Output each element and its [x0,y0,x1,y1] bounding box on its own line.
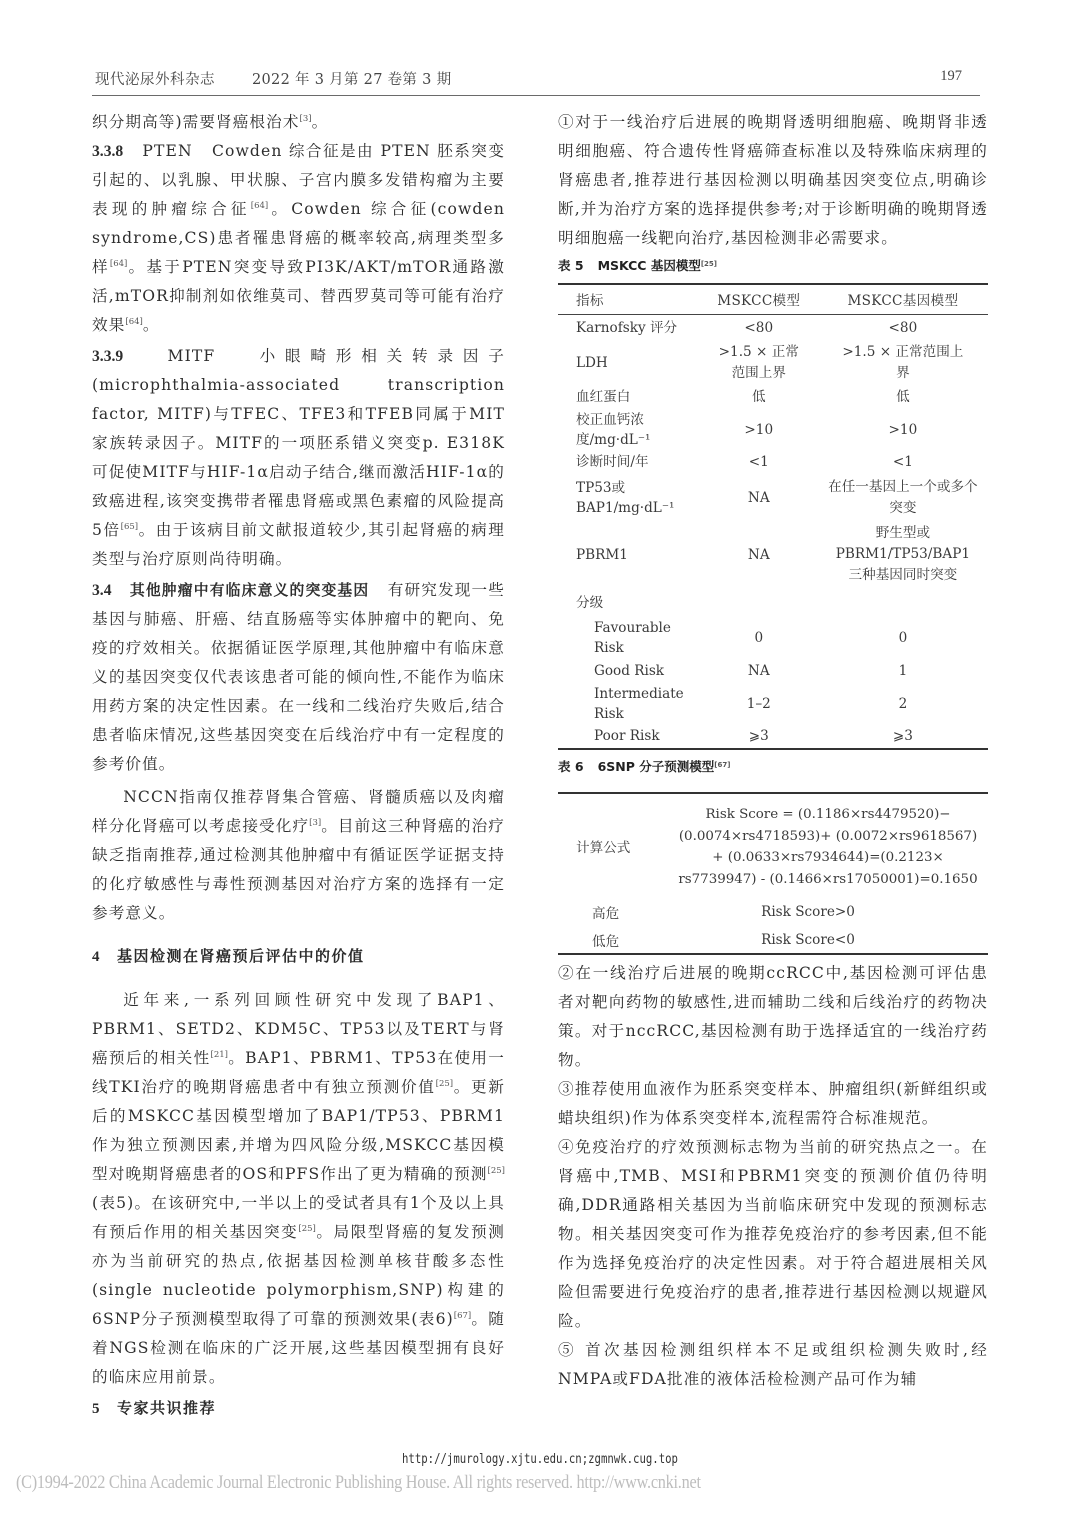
table-5-mskcc: 指标 MSKCC模型 MSKCC基因模型 Karnofsky 评分<80<80 … [558,283,988,750]
formula-label: 计算公式 [558,793,668,898]
recommendation-2: ②在一线治疗后进展的晚期ccRCC中,基因检测可评估患者对靶向药物的敏感性,进而… [558,959,988,1075]
gene-name: PTEN [142,142,192,160]
recommendation-4: ④免疫治疗的疗效预测标志物为当前的研究热点之一。在肾癌中,TMB、MSI和PBR… [558,1133,988,1336]
table-row: PBRM1NA野生型或PBRM1/TP53/BAP1三种基因同时突变 [558,521,988,588]
table-row: Karnofsky 评分<80<80 [558,314,988,342]
section-3-3-8: 3.3.8 PTEN Cowden 综合征是由 PTEN 胚系突变引起的、以乳腺… [92,137,505,340]
table-group-row: 分级 [558,588,988,618]
page-number: 197 [940,68,962,85]
running-header: 现代泌尿外科杂志 2022 年 3 月第 27 卷第 3 期 197 [92,66,980,96]
table-row: Favourable Risk00 [558,618,988,658]
section-title: 其他肿瘤中有临床意义的突变基因 [130,582,369,599]
section-number: 3.3.8 [92,143,123,160]
section-5-heading: 5专家共识推荐 [92,1394,505,1424]
citation[interactable]: [64] [251,201,268,211]
table-row: Good RiskNA1 [558,658,988,684]
table-row: Intermediate Risk1–22 [558,684,988,724]
formula: Risk Score = (0.1186×rs4479520)− (0.0074… [668,793,988,898]
citation[interactable]: [21] [211,1050,228,1060]
citation[interactable]: [67] [714,761,730,769]
col-header: MSKCC基因模型 [818,284,988,314]
issue-info: 2022 年 3 月第 27 卷第 3 期 [252,68,451,89]
section-3-4: 3.4 其他肿瘤中有临床意义的突变基因 有研究发现一些基因与肺癌、肝癌、结直肠癌… [92,576,505,779]
recommendation-5: ⑤ 首次基因检测组织样本不足或组织检测失败时,经NMPA或FDA批准的液体活检检… [558,1336,988,1394]
footer-url[interactable]: http://jmurology.xjtu.edu.cn;zgmnwk.cug.… [97,1452,983,1467]
section-number: 3.3.9 [92,348,123,365]
recommendation-3: ③推荐使用血液作为胚系突变样本、肿瘤组织(新鲜组织或蜡块组织)作为体系突变样本,… [558,1075,988,1133]
citation[interactable]: [25] [436,1079,453,1089]
table-row: 诊断时间/年<1<1 [558,450,988,476]
citation[interactable]: [3] [309,818,321,828]
table-row: Poor Risk⩾3⩾3 [558,724,988,750]
citation[interactable]: [67] [454,1311,471,1321]
table-6-caption: 表 66SNP 分子预测模型[67] [558,756,988,778]
citation[interactable]: [25] [298,1224,315,1234]
paragraph-prognosis: 近年来,一系列回顾性研究中发现了BAP1、PBRM1、SETD2、KDM5C、T… [92,986,505,1392]
section-4-heading: 4基因检测在肾癌预后评估中的价值 [92,942,505,972]
citation[interactable]: [25] [488,1166,505,1176]
table-header-row: 指标 MSKCC模型 MSKCC基因模型 [558,284,988,314]
table-row: 血红蛋白低低 [558,384,988,410]
table-5-caption: 表 5MSKCC 基因模型[25] [558,255,988,277]
col-header: MSKCC模型 [700,284,818,314]
copyright-watermark: (C)1994-2022 China Academic Journal Elec… [16,1473,701,1494]
left-column: 织分期高等)需要肾癌根治术[3]。 3.3.8 PTEN Cowden 综合征是… [92,108,505,1438]
section-3-3-9: 3.3.9 MITF 小眼畸形相关转录因子(microphthalmia-ass… [92,342,505,574]
recommendation-1: ①对于一线治疗后进展的晚期肾透明细胞癌、晚期肾非透明细胞癌、符合遗传性肾癌筛查标… [558,108,988,253]
citation[interactable]: [65] [121,522,138,532]
table-row: LDH>1.5 × 正常范围上界>1.5 × 正常范围上界 [558,342,988,384]
gene-name: MITF [168,347,216,365]
table-row: 高危Risk Score>0 [558,898,988,926]
right-column: ①对于一线治疗后进展的晚期肾透明细胞癌、晚期肾非透明细胞癌、符合遗传性肾癌筛查标… [558,108,988,1394]
paragraph-continuation: 织分期高等)需要肾癌根治术[3]。 [92,108,505,137]
table-6-6snp: 计算公式 Risk Score = (0.1186×rs4479520)− (0… [558,792,988,955]
citation[interactable]: [64] [125,317,142,327]
journal-name: 现代泌尿外科杂志 [95,68,215,89]
paragraph-nccn: NCCN指南仅推荐肾集合管癌、肾髓质癌以及肉瘤样分化肾癌可以考虑接受化疗[3]。… [92,783,505,928]
section-number: 3.4 [92,582,112,599]
citation[interactable]: [3] [300,114,312,124]
table-row-formula: 计算公式 Risk Score = (0.1186×rs4479520)− (0… [558,793,988,898]
table-row: 低危Risk Score<0 [558,926,988,954]
citation[interactable]: [25] [701,260,717,268]
table-row: TP53或BAP1/mg·dL⁻¹NA在任一基因上一个或多个突变 [558,475,988,521]
citation[interactable]: [64] [110,259,127,269]
col-header: 指标 [558,284,700,314]
table-row: 校正血钙浓度/mg·dL⁻¹>10>10 [558,410,988,450]
